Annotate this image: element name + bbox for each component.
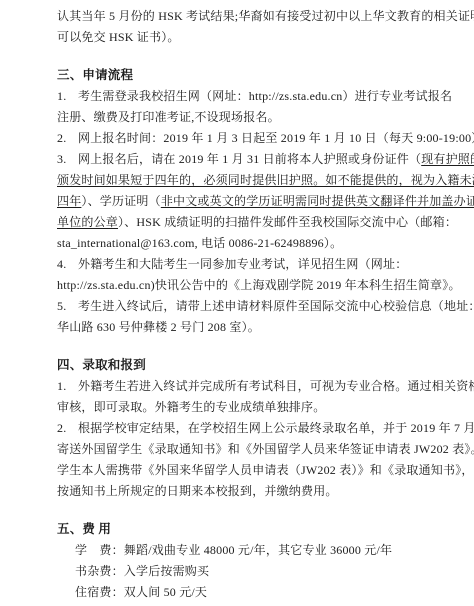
text-segment: 考生进入终试后，请带上述申请材料原件至国际交流中心校验信息（地址：	[78, 299, 474, 313]
blank-line	[57, 502, 460, 519]
text-line: 按通知书上所规定的日期来本校报到，并缴纳费用。	[57, 481, 460, 502]
text-segment: 网上报名时间：2019 年 1 月 3 日起至 2019 年 1 月 10 日（…	[78, 131, 474, 145]
text-segment: 四、录取和报到	[57, 358, 146, 372]
blank-line	[57, 338, 460, 355]
text-line: 华山路 630 号仲彝楼 2 号门 208 室）。	[57, 317, 460, 338]
text-segment: 五、费 用	[57, 522, 111, 536]
blank-line	[57, 48, 460, 65]
text-line: 1.考生需登录我校招生网（网址：http://zs.sta.edu.cn）进行专…	[57, 86, 460, 107]
text-line: 单位的公章）、HSK 成绩证明的扫描件发邮件至我校国际交流中心（邮箱：	[57, 212, 460, 233]
text-line: 3.网上报名后，请在 2019 年 1 月 31 日前将本人护照或身份证件（现有…	[57, 149, 460, 170]
text-segment: 住宿费：双人间 50 元/天	[75, 585, 207, 599]
text-line: 学生本人需携带《外国来华留学人员申请表（JW202 表）》和《录取通知书》，	[57, 460, 460, 481]
list-number: 2.	[57, 418, 78, 439]
text-line: 四年）、学历证明（非中文或英文的学历证明需同时提供英文翻译件并加盖办证	[57, 191, 460, 212]
list-number: 1.	[57, 86, 78, 107]
text-segment: 考生需登录我校招生网（网址：http://zs.sta.edu.cn）进行专业考…	[78, 89, 452, 103]
text-segment: 认其当年 5 月份的 HSK 考试结果;华裔如有接受过初中以上华文教育的相关证明…	[57, 9, 474, 23]
text-line: http://zs.sta.edu.cn)快讯公告中的《上海戏剧学院 2019 …	[57, 275, 460, 296]
text-line: 可以免交 HSK 证书）。	[57, 27, 460, 48]
text-segment: http://zs.sta.edu.cn)快讯公告中的《上海戏剧学院 2019 …	[57, 278, 461, 292]
text-line: 认其当年 5 月份的 HSK 考试结果;华裔如有接受过初中以上华文教育的相关证明…	[57, 6, 460, 27]
text-segment: 外籍考生若进入终试并完成所有考试科目，可视为专业合格。通过相关资格	[78, 379, 474, 393]
text-segment: 书杂费：入学后按需购买	[75, 564, 209, 578]
text-line: 2.根据学校审定结果，在学校招生网上公示最终录取名单，并于 2019 年 7 月	[57, 418, 460, 439]
text-segment: 寄送外国留学生《录取通知书》和《外国留学人员来华签证申请表 JW202 表》。	[57, 442, 474, 456]
list-number: 4.	[57, 254, 78, 275]
text-line: 4.外籍考生和大陆考生一同参加专业考试，详见招生网（网址：	[57, 254, 460, 275]
document-page: 认其当年 5 月份的 HSK 考试结果;华裔如有接受过初中以上华文教育的相关证明…	[0, 0, 474, 606]
text-segment: 注册、缴费及打印准考证,不设现场报名。	[57, 110, 280, 124]
text-segment: 根据学校审定结果，在学校招生网上公示最终录取名单，并于 2019 年 7 月	[78, 421, 474, 435]
text-segment: 三、申请流程	[57, 68, 133, 82]
text-segment: 审核，即可录取。外籍考生的专业成绩单独排序。	[57, 400, 325, 414]
list-number: 5.	[57, 296, 78, 317]
text-line: 2.网上报名时间：2019 年 1 月 3 日起至 2019 年 1 月 10 …	[57, 128, 460, 149]
text-segment: 按通知书上所规定的日期来本校报到，并缴纳费用。	[57, 484, 338, 498]
text-line: 住宿费：双人间 50 元/天	[57, 582, 460, 603]
underlined-text: 颁发时间如果短于四年的，必须同时提供旧护照。如不能提供的，视为入籍未满	[57, 173, 474, 187]
text-line: 书杂费：入学后按需购买	[57, 561, 460, 582]
section-heading: 五、费 用	[57, 519, 460, 540]
text-segment: 学生本人需携带《外国来华留学人员申请表（JW202 表）》和《录取通知书》，	[57, 463, 474, 477]
section-heading: 四、录取和报到	[57, 355, 460, 376]
list-number: 3.	[57, 149, 78, 170]
text-segment: 学 费：舞蹈/戏曲专业 48000 元/年，其它专业 36000 元/年	[75, 543, 392, 557]
list-number: 2.	[57, 128, 78, 149]
text-segment: 华山路 630 号仲彝楼 2 号门 208 室）。	[57, 320, 260, 334]
text-line: 寄送外国留学生《录取通知书》和《外国留学人员来华签证申请表 JW202 表》。	[57, 439, 460, 460]
text-segment: sta_international@163.com, 电话 0086-21-62…	[57, 236, 342, 250]
text-line: 1.外籍考生若进入终试并完成所有考试科目，可视为专业合格。通过相关资格	[57, 376, 460, 397]
text-line: 注册、缴费及打印准考证,不设现场报名。	[57, 107, 460, 128]
text-line: 颁发时间如果短于四年的，必须同时提供旧护照。如不能提供的，视为入籍未满	[57, 170, 460, 191]
text-line: 5.考生进入终试后，请带上述申请材料原件至国际交流中心校验信息（地址：	[57, 296, 460, 317]
text-segment: 可以免交 HSK 证书）。	[57, 30, 180, 44]
list-number: 1.	[57, 376, 78, 397]
text-segment: 外籍考生和大陆考生一同参加专业考试，详见招生网（网址：	[78, 257, 407, 271]
underlined-text: 单位的公章	[57, 215, 118, 229]
section-heading: 三、申请流程	[57, 65, 460, 86]
underlined-text: 现有护照的	[421, 152, 474, 166]
text-segment: ）、学历证明（	[81, 194, 160, 208]
text-segment: ）、HSK 成绩证明的扫描件发邮件至我校国际交流中心（邮箱：	[118, 215, 457, 229]
text-line: 审核，即可录取。外籍考生的专业成绩单独排序。	[57, 397, 460, 418]
text-segment: 网上报名后，请在 2019 年 1 月 31 日前将本人护照或身份证件（	[78, 152, 421, 166]
text-line: sta_international@163.com, 电话 0086-21-62…	[57, 233, 460, 254]
underlined-text: 四年	[57, 194, 81, 208]
underlined-text: 非中文或英文的学历证明需同时提供英文翻译件并加盖办证	[161, 194, 474, 208]
text-line: 学 费：舞蹈/戏曲专业 48000 元/年，其它专业 36000 元/年	[57, 540, 460, 561]
